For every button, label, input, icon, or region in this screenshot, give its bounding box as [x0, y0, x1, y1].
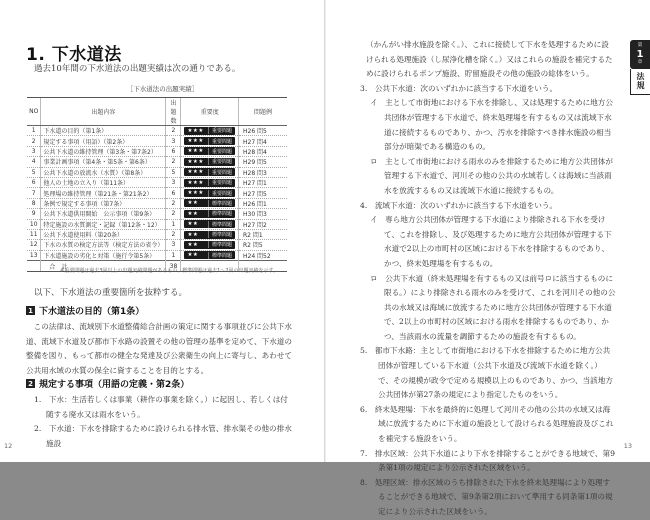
topic-cell: 下水道の目的（第1条） [41, 126, 166, 136]
importance-cell: ★★標準問題 [181, 198, 239, 208]
star-rating-icon: ★★★ [184, 148, 208, 154]
topic-cell: 条例で規定する事項（第7条） [41, 198, 166, 208]
importance-badge: ★★標準問題 [184, 251, 235, 259]
row-number: 1 [27, 126, 41, 136]
definition-item: 2. 下水道：下水を排除するために設けられる排水管、排水渠その他の排水施設 [30, 422, 292, 451]
table-row: 2規定する事項（用語）（第2条）3★★★重要問題H27 問4 [27, 136, 287, 146]
topic-cell: 公共下水道の放流水（水質）（第8条） [41, 167, 166, 177]
table-row: 8条例で規定する事項（第7条）2★★標準問題H26 問1 [27, 198, 287, 208]
importance-cell: ★★★重要問題 [181, 188, 239, 198]
table-row: 4事業計画事項（第4条・第5条・第6条）2★★★重要問題H29 問5 [27, 157, 287, 167]
importance-badge: ★★★重要問題 [184, 189, 235, 197]
importance-badge: ★★標準問題 [184, 231, 235, 239]
example-cell: H28 問3 [238, 167, 287, 177]
table-row: 12下水の水質の検定方法等（検定方法の省令）3★★標準問題R2 問5 [27, 240, 287, 250]
star-rating-icon: ★★ [184, 221, 208, 227]
importance-badge: ★★★重要問題 [184, 137, 235, 145]
count-cell: 3 [166, 136, 181, 146]
importance-badge: ★★★重要問題 [184, 179, 235, 187]
importance-badge: ★★★重要問題 [184, 158, 235, 166]
section-heading-1: 1 下水道法の目的（第1条） [26, 304, 144, 317]
row-number: 11 [27, 229, 41, 239]
count-cell: 5 [166, 167, 181, 177]
importance-cell: ★★標準問題 [181, 240, 239, 250]
star-rating-icon: ★★★ [184, 169, 208, 175]
star-rating-icon: ★★ [184, 232, 208, 238]
count-cell: 2 [166, 157, 181, 167]
count-cell: 2 [166, 209, 181, 219]
topic-cell: 公共下水道使用料（第20条） [41, 229, 166, 239]
example-cell: H27 問5 [238, 188, 287, 198]
right-page: （かんがい排水施設を除く。）、これに接続して下水を処理するために設けられる処理施… [325, 0, 650, 462]
importance-cell: ★★標準問題 [181, 250, 239, 260]
importance-label: 標準問題 [208, 221, 235, 228]
importance-label: 標準問題 [208, 241, 235, 248]
section-title: 下水道法の目的（第1条） [39, 304, 144, 317]
importance-label: 標準問題 [208, 252, 235, 259]
count-cell: 2 [166, 126, 181, 136]
row-number: 2 [27, 136, 41, 146]
column-header: NO [27, 98, 41, 126]
row-number: 12 [27, 240, 41, 250]
importance-badge: ★★標準問題 [184, 241, 235, 249]
section-number-badge: 2 [26, 379, 35, 388]
star-rating-icon: ★★★ [184, 180, 208, 186]
table-row: 10特定施設の水質測定・記録（第12条・12）1★★標準問題H27 問2 [27, 219, 287, 229]
importance-label: 重要問題 [208, 138, 235, 145]
table-row: 3公共下水道の維持管理（第3条・第7条2）6★★★重要問題H28 問4 [27, 146, 287, 156]
example-cell: H27 問4 [238, 136, 287, 146]
topic-cell: 事業計画事項（第4条・第5条・第6条） [41, 157, 166, 167]
intro-text: 過去10年間の下水道法の出題実績は次の通りである。 [34, 62, 240, 74]
definition-line: 7. 排水区域：公共下水道により下水を排除することができる地域で、第9条第1項の… [348, 447, 616, 462]
importance-cell: ★★★重要問題 [181, 126, 239, 136]
table-note: ※重要問題は過去3回以上の出題実績問題があるもの、標準問題は過去1～2回の出題実… [0, 267, 325, 274]
definition-list: 1. 下水：生活若しくは事業（耕作の事業を除く。）に起因し、若しくは付随する廃水… [30, 393, 292, 451]
chapter-tab[interactable]: 第 1 章 法規 [630, 40, 650, 95]
definition-line: 4. 流域下水道：次のいずれかに該当する下水道をいう。 [348, 199, 616, 214]
row-number: 7 [27, 188, 41, 198]
table-row: 6他人の土地の立入り（第11条）3★★★重要問題H27 問1 [27, 177, 287, 187]
importance-cell: ★★標準問題 [181, 209, 239, 219]
importance-badge: ★★標準問題 [184, 220, 235, 228]
chapter-number: 1 [630, 49, 650, 60]
section-title: 規定する事項（用語の定義・第2条） [39, 377, 189, 390]
column-header: 問題例 [238, 98, 287, 126]
importance-cell: ★★標準問題 [181, 219, 239, 229]
importance-badge: ★★標準問題 [184, 199, 235, 207]
column-header: 重要度 [181, 98, 239, 126]
importance-cell: ★★★重要問題 [181, 177, 239, 187]
definition-line: ロ 主として市街地における雨水のみを排除するために地方公共団体が管理する下水道で… [348, 155, 616, 199]
topic-cell: 他人の土地の立入り（第11条） [41, 177, 166, 187]
star-rating-icon: ★★★ [184, 159, 208, 165]
topic-cell: 公共下水道の維持管理（第3条・第7条2） [41, 146, 166, 156]
definition-line: ロ 公共下水道（終末処理場を有するもの又は前号ロに該当するものに限る。）により排… [348, 272, 616, 345]
importance-label: 標準問題 [208, 231, 235, 238]
column-header: 出題内容 [41, 98, 166, 126]
importance-label: 標準問題 [208, 210, 235, 217]
importance-badge: ★★★重要問題 [184, 127, 235, 135]
star-rating-icon: ★★★ [184, 138, 208, 144]
row-number: 6 [27, 177, 41, 187]
importance-label: 重要問題 [208, 127, 235, 134]
lead-text: 以下、下水道法の重要箇所を抜粋する。 [34, 286, 187, 298]
topic-cell: 規定する事項（用語）（第2条） [41, 136, 166, 146]
importance-cell: ★★標準問題 [181, 229, 239, 239]
definition-line: イ 専ら地方公共団体が管理する下水道により排除される下水を受けて、これを排除し、… [348, 213, 616, 271]
star-rating-icon: ★★ [184, 252, 208, 258]
example-cell: H24 問52 [238, 250, 287, 260]
row-number: 5 [27, 167, 41, 177]
importance-badge: ★★★重要問題 [184, 168, 235, 176]
importance-label: 重要問題 [208, 169, 235, 176]
exam-history-table: NO出題内容出題数重要度問題例 1下水道の目的（第1条）2★★★重要問題H26 … [27, 97, 287, 272]
count-cell: 2 [166, 198, 181, 208]
example-cell: H27 問2 [238, 219, 287, 229]
count-cell: 1 [166, 219, 181, 229]
example-cell: R2 問1 [238, 229, 287, 239]
topic-cell: 公共下水道供用開始 公示事項（第9条） [41, 209, 166, 219]
table-row: 1下水道の目的（第1条）2★★★重要問題H26 問5 [27, 126, 287, 136]
section-number-badge: 1 [26, 306, 35, 315]
example-cell: H26 問5 [238, 126, 287, 136]
row-number: 9 [27, 209, 41, 219]
importance-badge: ★★標準問題 [184, 210, 235, 218]
topic-cell: 処理場の維持管理（第21条・第21条2） [41, 188, 166, 198]
importance-label: 重要問題 [208, 158, 235, 165]
left-page: 1. 下水道法 過去10年間の下水道法の出題実績は次の通りである。 ［下水道法の… [0, 0, 325, 462]
count-cell: 2 [166, 229, 181, 239]
topic-cell: 下水の水質の検定方法等（検定方法の省令） [41, 240, 166, 250]
definition-line: 3. 公共下水道：次のいずれかに該当する下水道をいう。 [348, 82, 616, 97]
count-cell: 6 [166, 146, 181, 156]
example-cell: H30 問3 [238, 209, 287, 219]
table-row: 7処理場の維持管理（第21条・第21条2）6★★★重要問題H27 問5 [27, 188, 287, 198]
definition-line: （かんがい排水施設を除く。）、これに接続して下水を処理するために設けられる処理施… [348, 38, 616, 82]
chapter-suffix: 章 [630, 60, 650, 66]
definition-line: 5. 都市下水路：主として市街地における下水を排除するために地方公共団体が管理し… [348, 344, 616, 402]
topic-cell: 特定施設の水質測定・記録（第12条・12） [41, 219, 166, 229]
section1-paragraph: この法律は、流域別下水道整備総合計画の策定に関する事項並びに公共下水道、流域下水… [26, 320, 292, 378]
importance-cell: ★★★重要問題 [181, 157, 239, 167]
count-cell: 3 [166, 240, 181, 250]
row-number: 10 [27, 219, 41, 229]
importance-label: 重要問題 [208, 179, 235, 186]
definitions-continued: （かんがい排水施設を除く。）、これに接続して下水を処理するために設けられる処理施… [348, 38, 616, 462]
table-row: 5公共下水道の放流水（水質）（第8条）5★★★重要問題H28 問3 [27, 167, 287, 177]
chapter-label: 法規 [630, 69, 650, 95]
count-cell: 3 [166, 177, 181, 187]
row-number: 4 [27, 157, 41, 167]
importance-cell: ★★★重要問題 [181, 167, 239, 177]
star-rating-icon: ★★ [184, 211, 208, 217]
star-rating-icon: ★★ [184, 200, 208, 206]
table-row: 9公共下水道供用開始 公示事項（第9条）2★★標準問題H30 問3 [27, 209, 287, 219]
book-spread: 1. 下水道法 過去10年間の下水道法の出題実績は次の通りである。 ［下水道法の… [0, 0, 650, 462]
definition-line: イ 主として市街地における下水を排除し、又は処理するために地方公共団体が管理する… [348, 96, 616, 154]
importance-label: 標準問題 [208, 200, 235, 207]
importance-cell: ★★★重要問題 [181, 146, 239, 156]
count-cell: 1 [166, 250, 181, 260]
row-number: 3 [27, 146, 41, 156]
section-heading-2: 2 規定する事項（用語の定義・第2条） [26, 377, 189, 390]
star-rating-icon: ★★★ [184, 128, 208, 134]
example-cell: H28 問4 [238, 146, 287, 156]
page-number: 12 [4, 442, 12, 450]
example-cell: H26 問1 [238, 198, 287, 208]
example-cell: H27 問1 [238, 177, 287, 187]
definition-item: 1. 下水：生活若しくは事業（耕作の事業を除く。）に起因し、若しくは付随する廃水… [30, 393, 292, 422]
importance-label: 重要問題 [208, 148, 235, 155]
table-row: 11公共下水道使用料（第20条）2★★標準問題R2 問1 [27, 229, 287, 239]
definition-line: 6. 終末処理場：下水を最終的に処理して河川その他の公共の水域又は海域に放流する… [348, 403, 616, 447]
importance-cell: ★★★重要問題 [181, 136, 239, 146]
topic-cell: 下水道施設の劣化と対策（施行令第5条） [41, 250, 166, 260]
column-header: 出題数 [166, 98, 181, 126]
table-caption: ［下水道法の出題実績］ [0, 84, 325, 93]
row-number: 8 [27, 198, 41, 208]
star-rating-icon: ★★ [184, 242, 208, 248]
example-cell: R2 問5 [238, 240, 287, 250]
star-rating-icon: ★★★ [184, 190, 208, 196]
example-cell: H29 問5 [238, 157, 287, 167]
importance-label: 重要問題 [208, 190, 235, 197]
row-number: 13 [27, 250, 41, 260]
importance-badge: ★★★重要問題 [184, 147, 235, 155]
table-row: 13下水道施設の劣化と対策（施行令第5条）1★★標準問題H24 問52 [27, 250, 287, 260]
page-number: 13 [624, 442, 632, 450]
count-cell: 6 [166, 188, 181, 198]
